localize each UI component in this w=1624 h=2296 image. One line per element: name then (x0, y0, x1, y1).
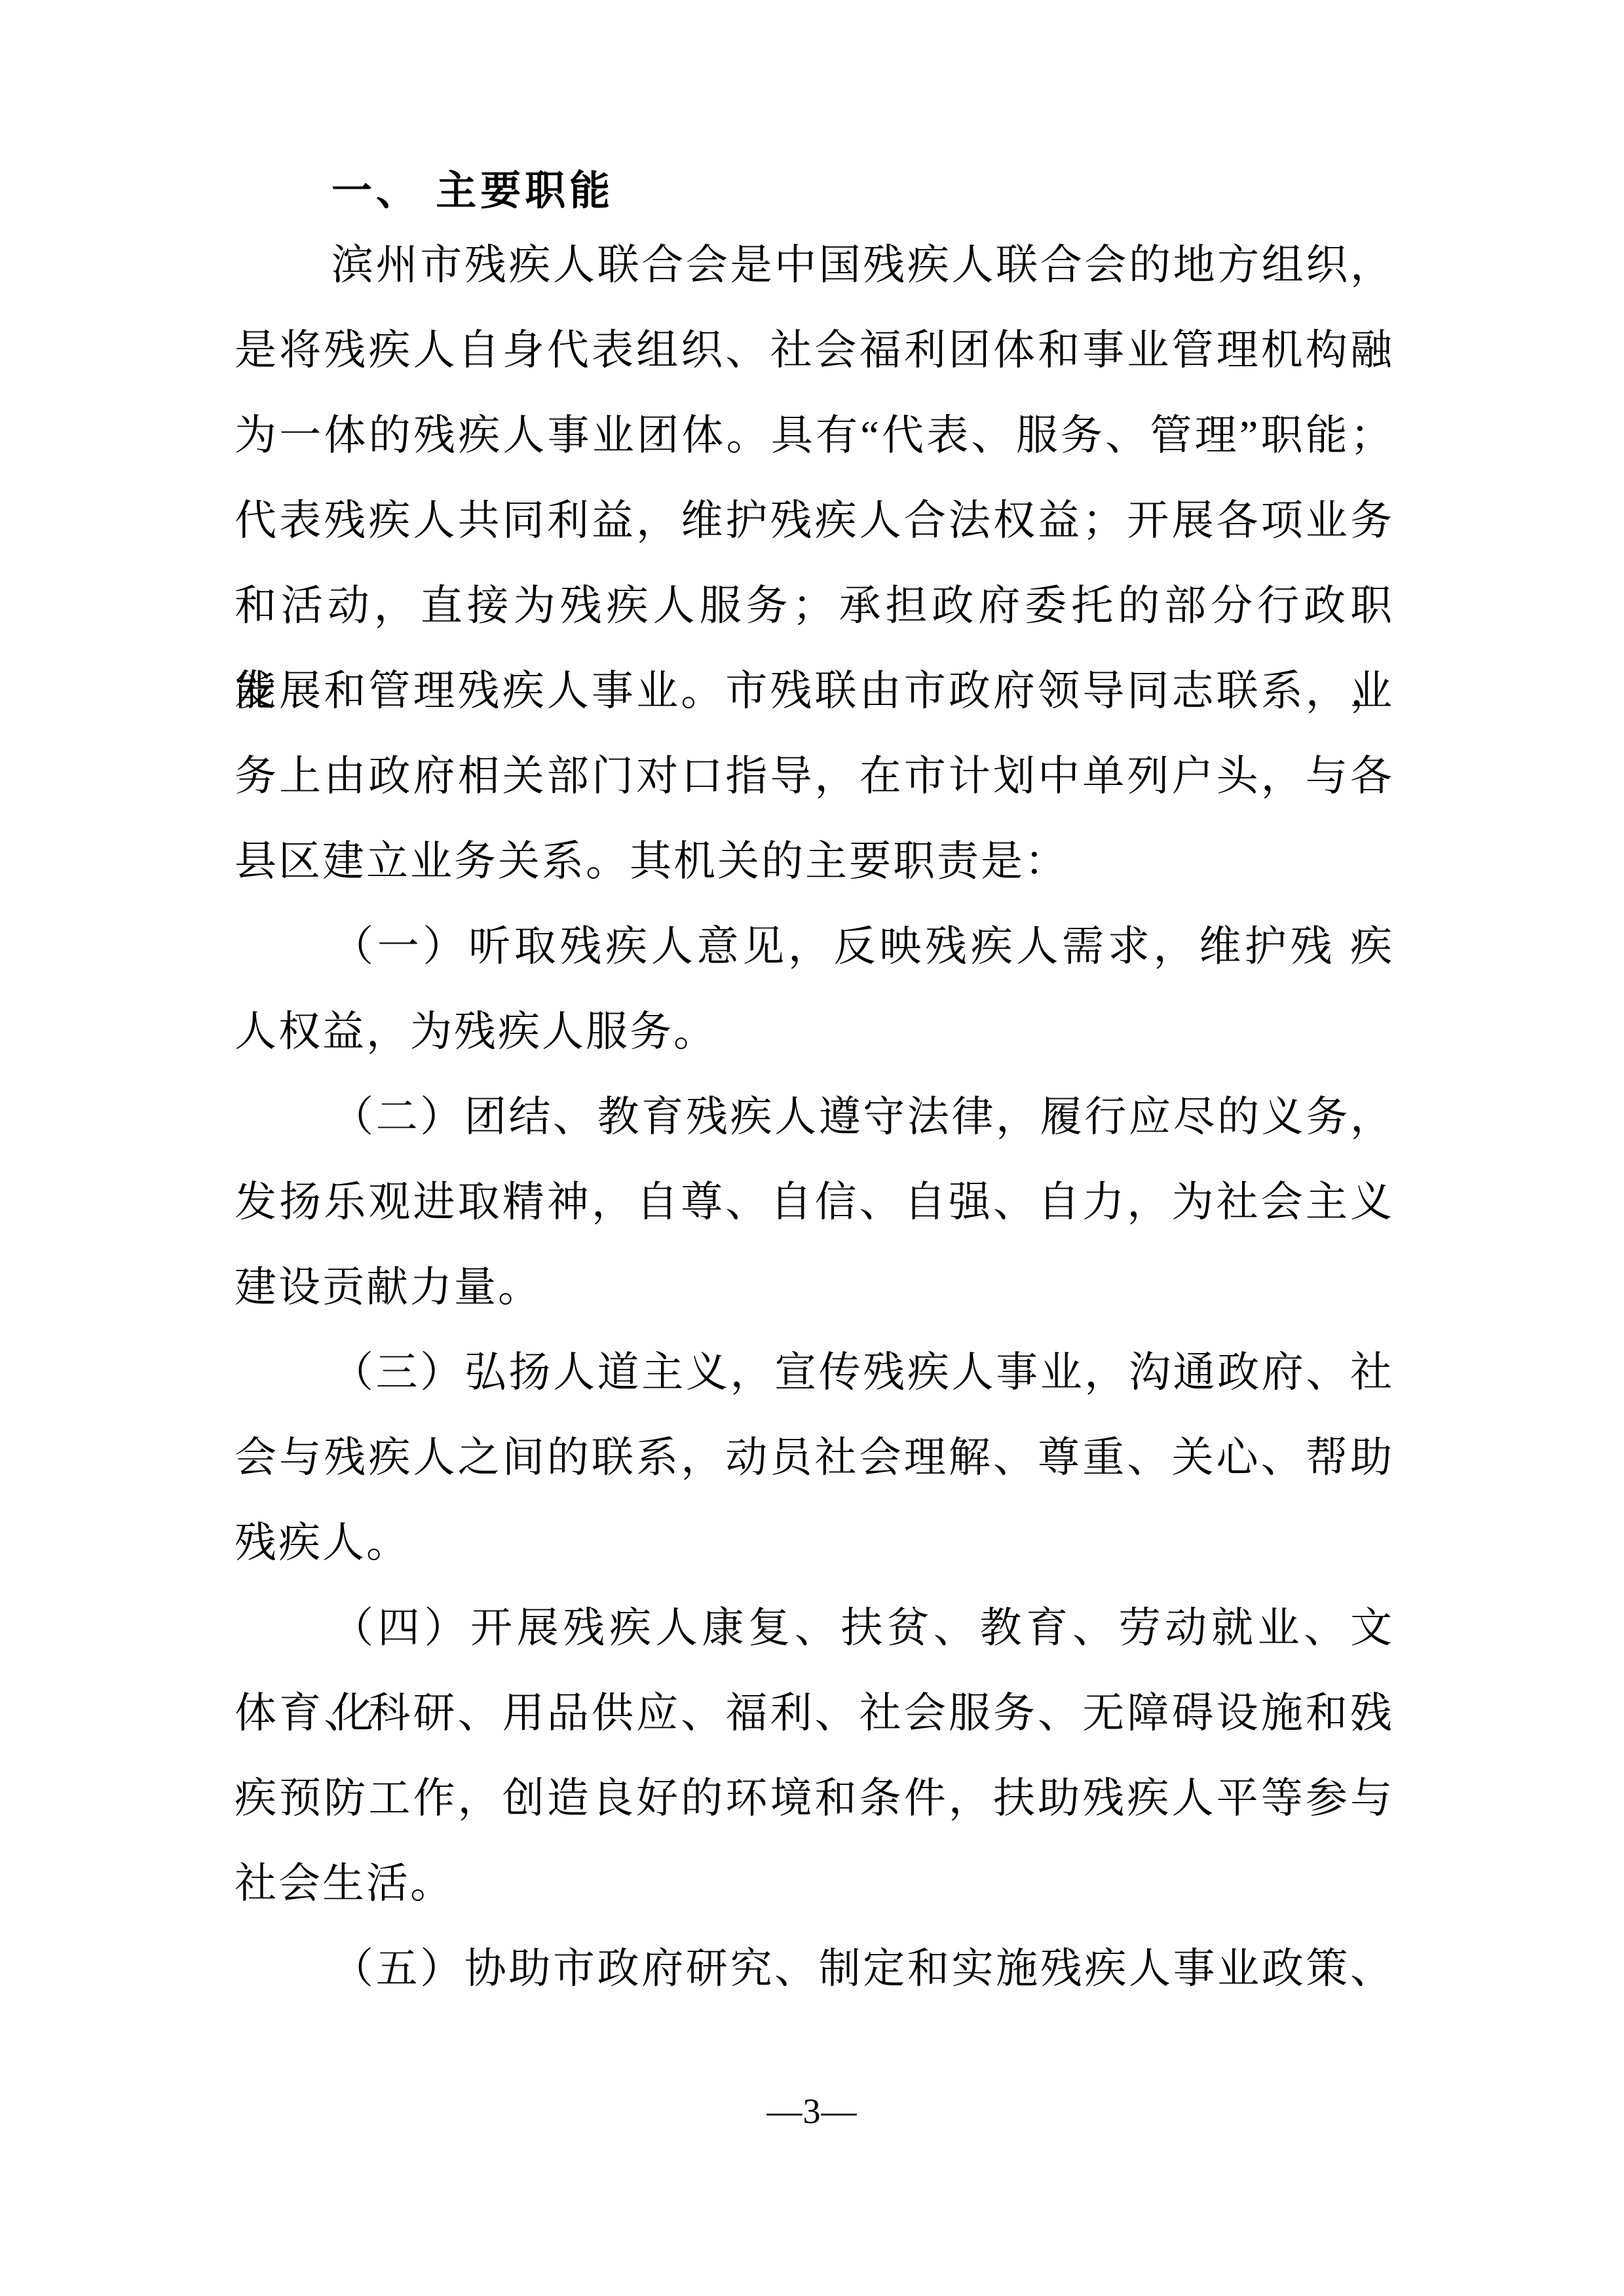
text-line: 社会生活。 (235, 1841, 1394, 1926)
text-line: 人权益，为残疾人服务。 (235, 989, 1394, 1075)
text-line: 为一体的残疾人事业团体。具有“代表、服务、管理”职能； (235, 393, 1394, 478)
text-line: 残疾人。 (235, 1501, 1394, 1586)
text-line: （四）开展残疾人康复、扶贫、教育、劳动就业、文化、 (235, 1586, 1394, 1671)
text-line: 会与残疾人之间的联系，动员社会理解、尊重、关心、帮助 (235, 1415, 1394, 1501)
document-page: 一、 主要职能 滨州市残疾人联合会是中国残疾人联合会的地方组织，是将残疾人自身代… (0, 0, 1624, 2296)
text-line: （一）听取残疾人意见，反映残疾人需求，维护残 疾 (235, 904, 1394, 989)
page-number: —3— (0, 2092, 1624, 2131)
text-line: （三）弘扬人道主义，宣传残疾人事业，沟通政府、社 (235, 1330, 1394, 1415)
section-heading: 一、 主要职能 (235, 164, 1394, 219)
text-line: 体育、科研、用品供应、福利、社会服务、无障碍设施和残 (235, 1671, 1394, 1756)
text-line: 建设贡献力量。 (235, 1245, 1394, 1330)
text-line: （二）团结、教育残疾人遵守法律，履行应尽的义务， (235, 1075, 1394, 1160)
body-lines: 滨州市残疾人联合会是中国残疾人联合会的地方组织，是将残疾人自身代表组织、社会福利… (235, 223, 1394, 2012)
text-line: 发扬乐观进取精神，自尊、自信、自强、自力，为社会主义 (235, 1160, 1394, 1245)
text-line: 滨州市残疾人联合会是中国残疾人联合会的地方组织， (235, 223, 1394, 308)
text-line: 疾预防工作，创造良好的环境和条件，扶助残疾人平等参与 (235, 1756, 1394, 1841)
text-line: 和活动，直接为残疾人服务；承担政府委托的部分行政职能， (235, 564, 1394, 649)
text-line: 代表残疾人共同利益，维护残疾人合法权益；开展各项业务 (235, 478, 1394, 564)
text-line: 务上由政府相关部门对口指导，在市计划中单列户头，与各 (235, 734, 1394, 819)
text-line: （五）协助市政府研究、制定和实施残疾人事业政策、 (235, 1926, 1394, 2012)
text-line: 是将残疾人自身代表组织、社会福利团体和事业管理机构融 (235, 308, 1394, 393)
text-line: 发展和管理残疾人事业。市残联由市政府领导同志联系，业 (235, 649, 1394, 734)
text-line: 县区建立业务关系。其机关的主要职责是： (235, 819, 1394, 904)
